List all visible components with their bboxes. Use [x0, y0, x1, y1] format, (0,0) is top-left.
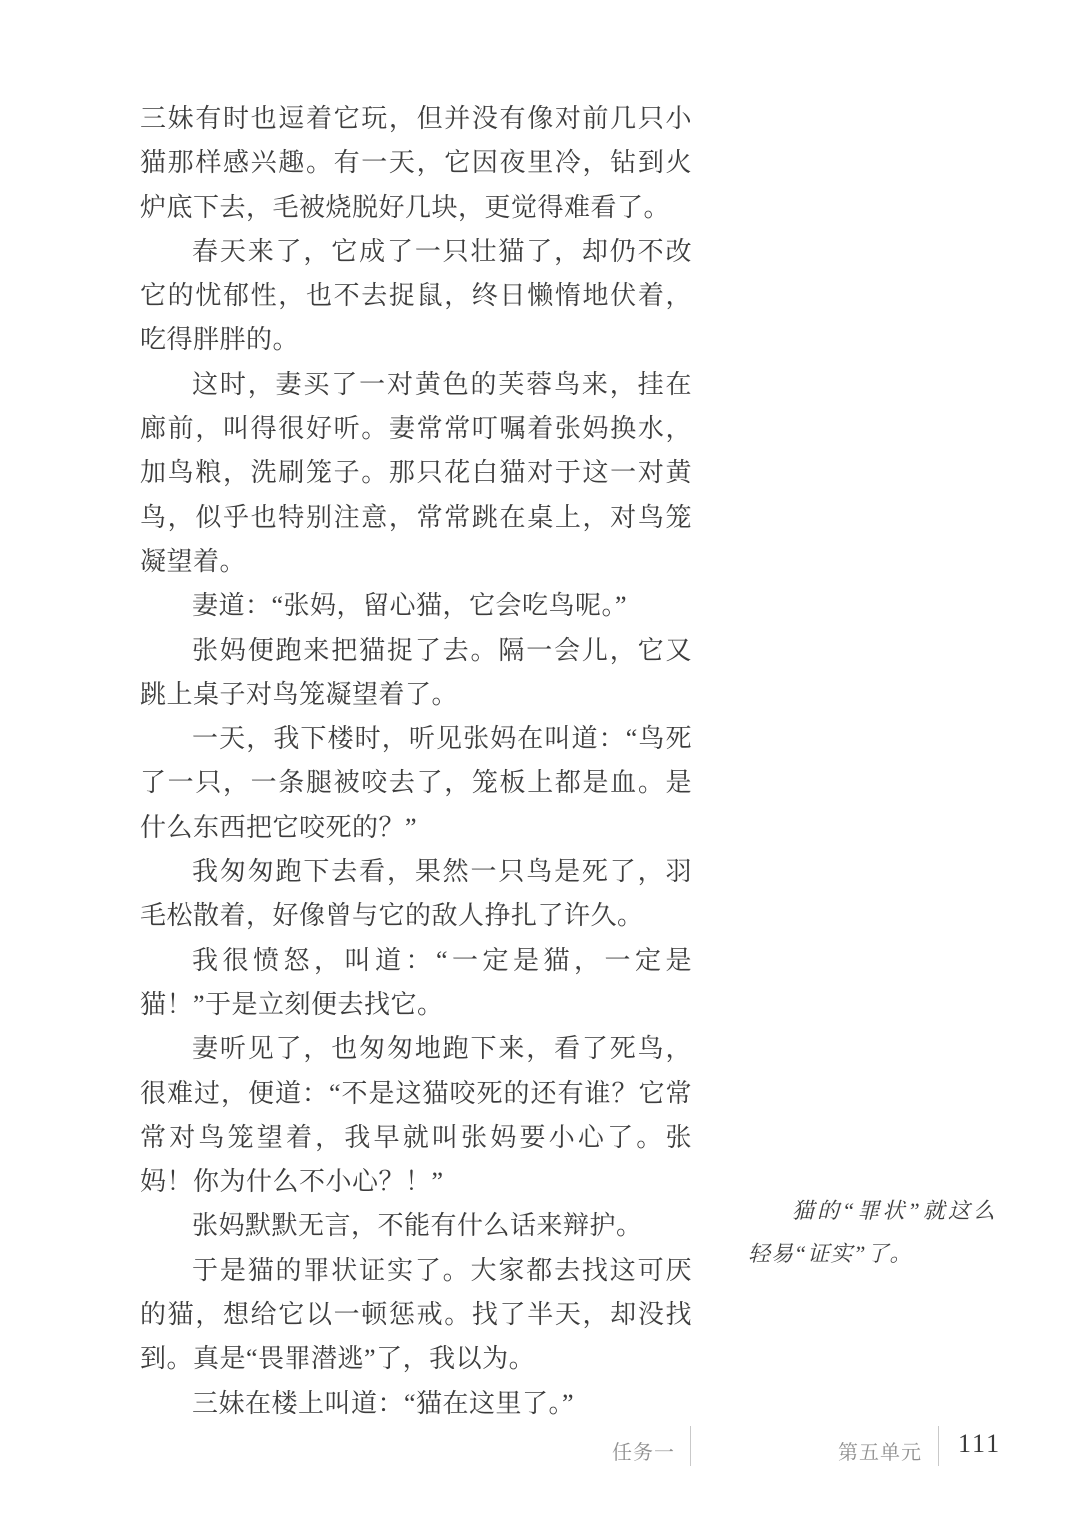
body-text: 三妹有时也逗着它玩，但并没有像对前几只小猫那样感兴趣。有一天，它因夜里冷，钻到火…: [140, 97, 692, 1426]
paragraph: 张妈默默无言，不能有什么话来辩护。: [140, 1204, 692, 1248]
paragraph: 三妹在楼上叫道：“猫在这里了。”: [140, 1382, 692, 1426]
footer-divider-right: [938, 1426, 939, 1466]
paragraph: 春天来了，它成了一只壮猫了，却仍不改它的忧郁性，也不去捉鼠，终日懒惰地伏着，吃得…: [140, 230, 692, 363]
footer-task-label: 任务一: [612, 1436, 675, 1465]
margin-note: 猫的“罪状”就这么轻易“证实”了。: [748, 1189, 996, 1275]
paragraph: 三妹有时也逗着它玩，但并没有像对前几只小猫那样感兴趣。有一天，它因夜里冷，钻到火…: [140, 97, 692, 230]
paragraph: 一天，我下楼时，听见张妈在叫道：“鸟死了一只，一条腿被咬去了，笼板上都是血。是什…: [140, 717, 692, 850]
paragraph: 我匆匆跑下去看，果然一只鸟是死了，羽毛松散着，好像曾与它的敌人挣扎了许久。: [140, 850, 692, 939]
footer-divider-left: [690, 1426, 691, 1466]
paragraph: 这时，妻买了一对黄色的芙蓉鸟来，挂在廊前，叫得很好听。妻常常叮嘱着张妈换水，加鸟…: [140, 363, 692, 584]
page-number: 111: [958, 1429, 1001, 1459]
paragraph: 张妈便跑来把猫捉了去。隔一会儿，它又跳上桌子对鸟笼凝望着了。: [140, 629, 692, 718]
footer-unit-label: 第五单元: [838, 1436, 922, 1465]
paragraph: 妻道：“张妈，留心猫，它会吃鸟呢。”: [140, 584, 692, 628]
textbook-page: 三妹有时也逗着它玩，但并没有像对前几只小猫那样感兴趣。有一天，它因夜里冷，钻到火…: [0, 0, 1080, 1526]
paragraph: 于是猫的罪状证实了。大家都去找这可厌的猫，想给它以一顿惩戒。找了半天，却没找到。…: [140, 1249, 692, 1382]
paragraph: 我很愤怒，叫道：“一定是猫，一定是猫！”于是立刻便去找它。: [140, 939, 692, 1028]
paragraph: 妻听见了，也匆匆地跑下来，看了死鸟，很难过，便道：“不是这猫咬死的还有谁？它常常…: [140, 1027, 692, 1204]
